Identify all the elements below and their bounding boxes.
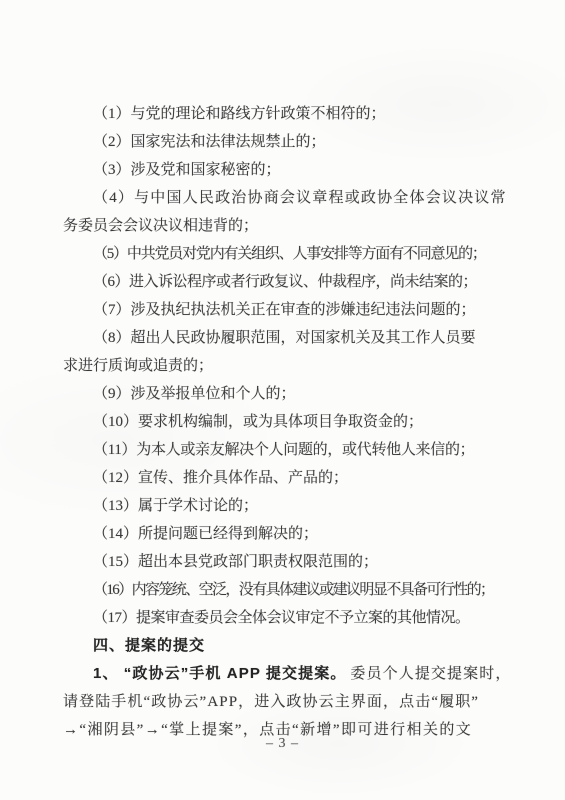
- list-item-2: （2）国家宪法和法律法规禁止的；: [63, 128, 508, 156]
- page-number: – 3 –: [0, 736, 565, 752]
- list-item-12: （12）宣传、推介具体作品、产品的；: [63, 464, 508, 492]
- list-item-13: （13）属于学术讨论的；: [63, 492, 508, 520]
- section-heading: 四、提案的提交: [63, 632, 508, 660]
- list-item-17: （17）提案审查委员会全体会议审定不予立案的其他情况。: [63, 604, 508, 632]
- list-item-5: （5）中共党员对党内有关组织、人事安排等方面有不同意见的；: [63, 240, 508, 268]
- list-item-6: （6）进入诉讼程序或者行政复议、仲裁程序，尚未结案的；: [63, 268, 508, 296]
- list-item-4: （4）与中国人民政治协商会议章程或政协全体会议决议常: [63, 184, 508, 212]
- paragraph-first-line: 1、 “政协云”手机 APP 提交提案。委员个人提交提案时，: [63, 660, 508, 688]
- list-item-3: （3）涉及党和国家秘密的；: [63, 156, 508, 184]
- list-item-8-continuation: 求进行质询或追责的；: [63, 352, 508, 380]
- list-item-10: （10）要求机构编制，或为具体项目争取资金的；: [63, 408, 508, 436]
- paragraph-bold-lead: 1、 “政协云”手机 APP 提交提案。: [93, 665, 346, 682]
- paragraph-line-2: 请登陆手机“政协云”APP，进入政协云主界面，点击“履职”: [63, 688, 508, 716]
- list-item-15: （15）超出本县党政部门职责权限范围的；: [63, 548, 508, 576]
- list-item-8: （8）超出人民政协履职范围，对国家机关及其工作人员要: [63, 324, 508, 352]
- paragraph-tail: 委员个人提交提案时，: [350, 666, 511, 682]
- list-item-16: （16）内容笼统、空泛，没有具体建议或建议明显不具备可行性的；: [63, 576, 508, 604]
- list-item-1: （1）与党的理论和路线方针政策不相符的；: [63, 100, 508, 128]
- list-item-14: （14）所提问题已经得到解决的；: [63, 520, 508, 548]
- list-item-4-continuation: 务委员会会议决议相违背的；: [63, 212, 508, 240]
- list-item-11: （11）为本人或亲友解决个人问题的，或代转他人来信的；: [63, 436, 508, 464]
- list-item-9: （9）涉及举报单位和个人的；: [63, 380, 508, 408]
- document-page: （1）与党的理论和路线方针政策不相符的； （2）国家宪法和法律法规禁止的； （3…: [0, 0, 565, 800]
- document-body: （1）与党的理论和路线方针政策不相符的； （2）国家宪法和法律法规禁止的； （3…: [63, 100, 508, 744]
- list-item-7: （7）涉及执纪执法机关正在审查的涉嫌违纪违法问题的；: [63, 296, 508, 324]
